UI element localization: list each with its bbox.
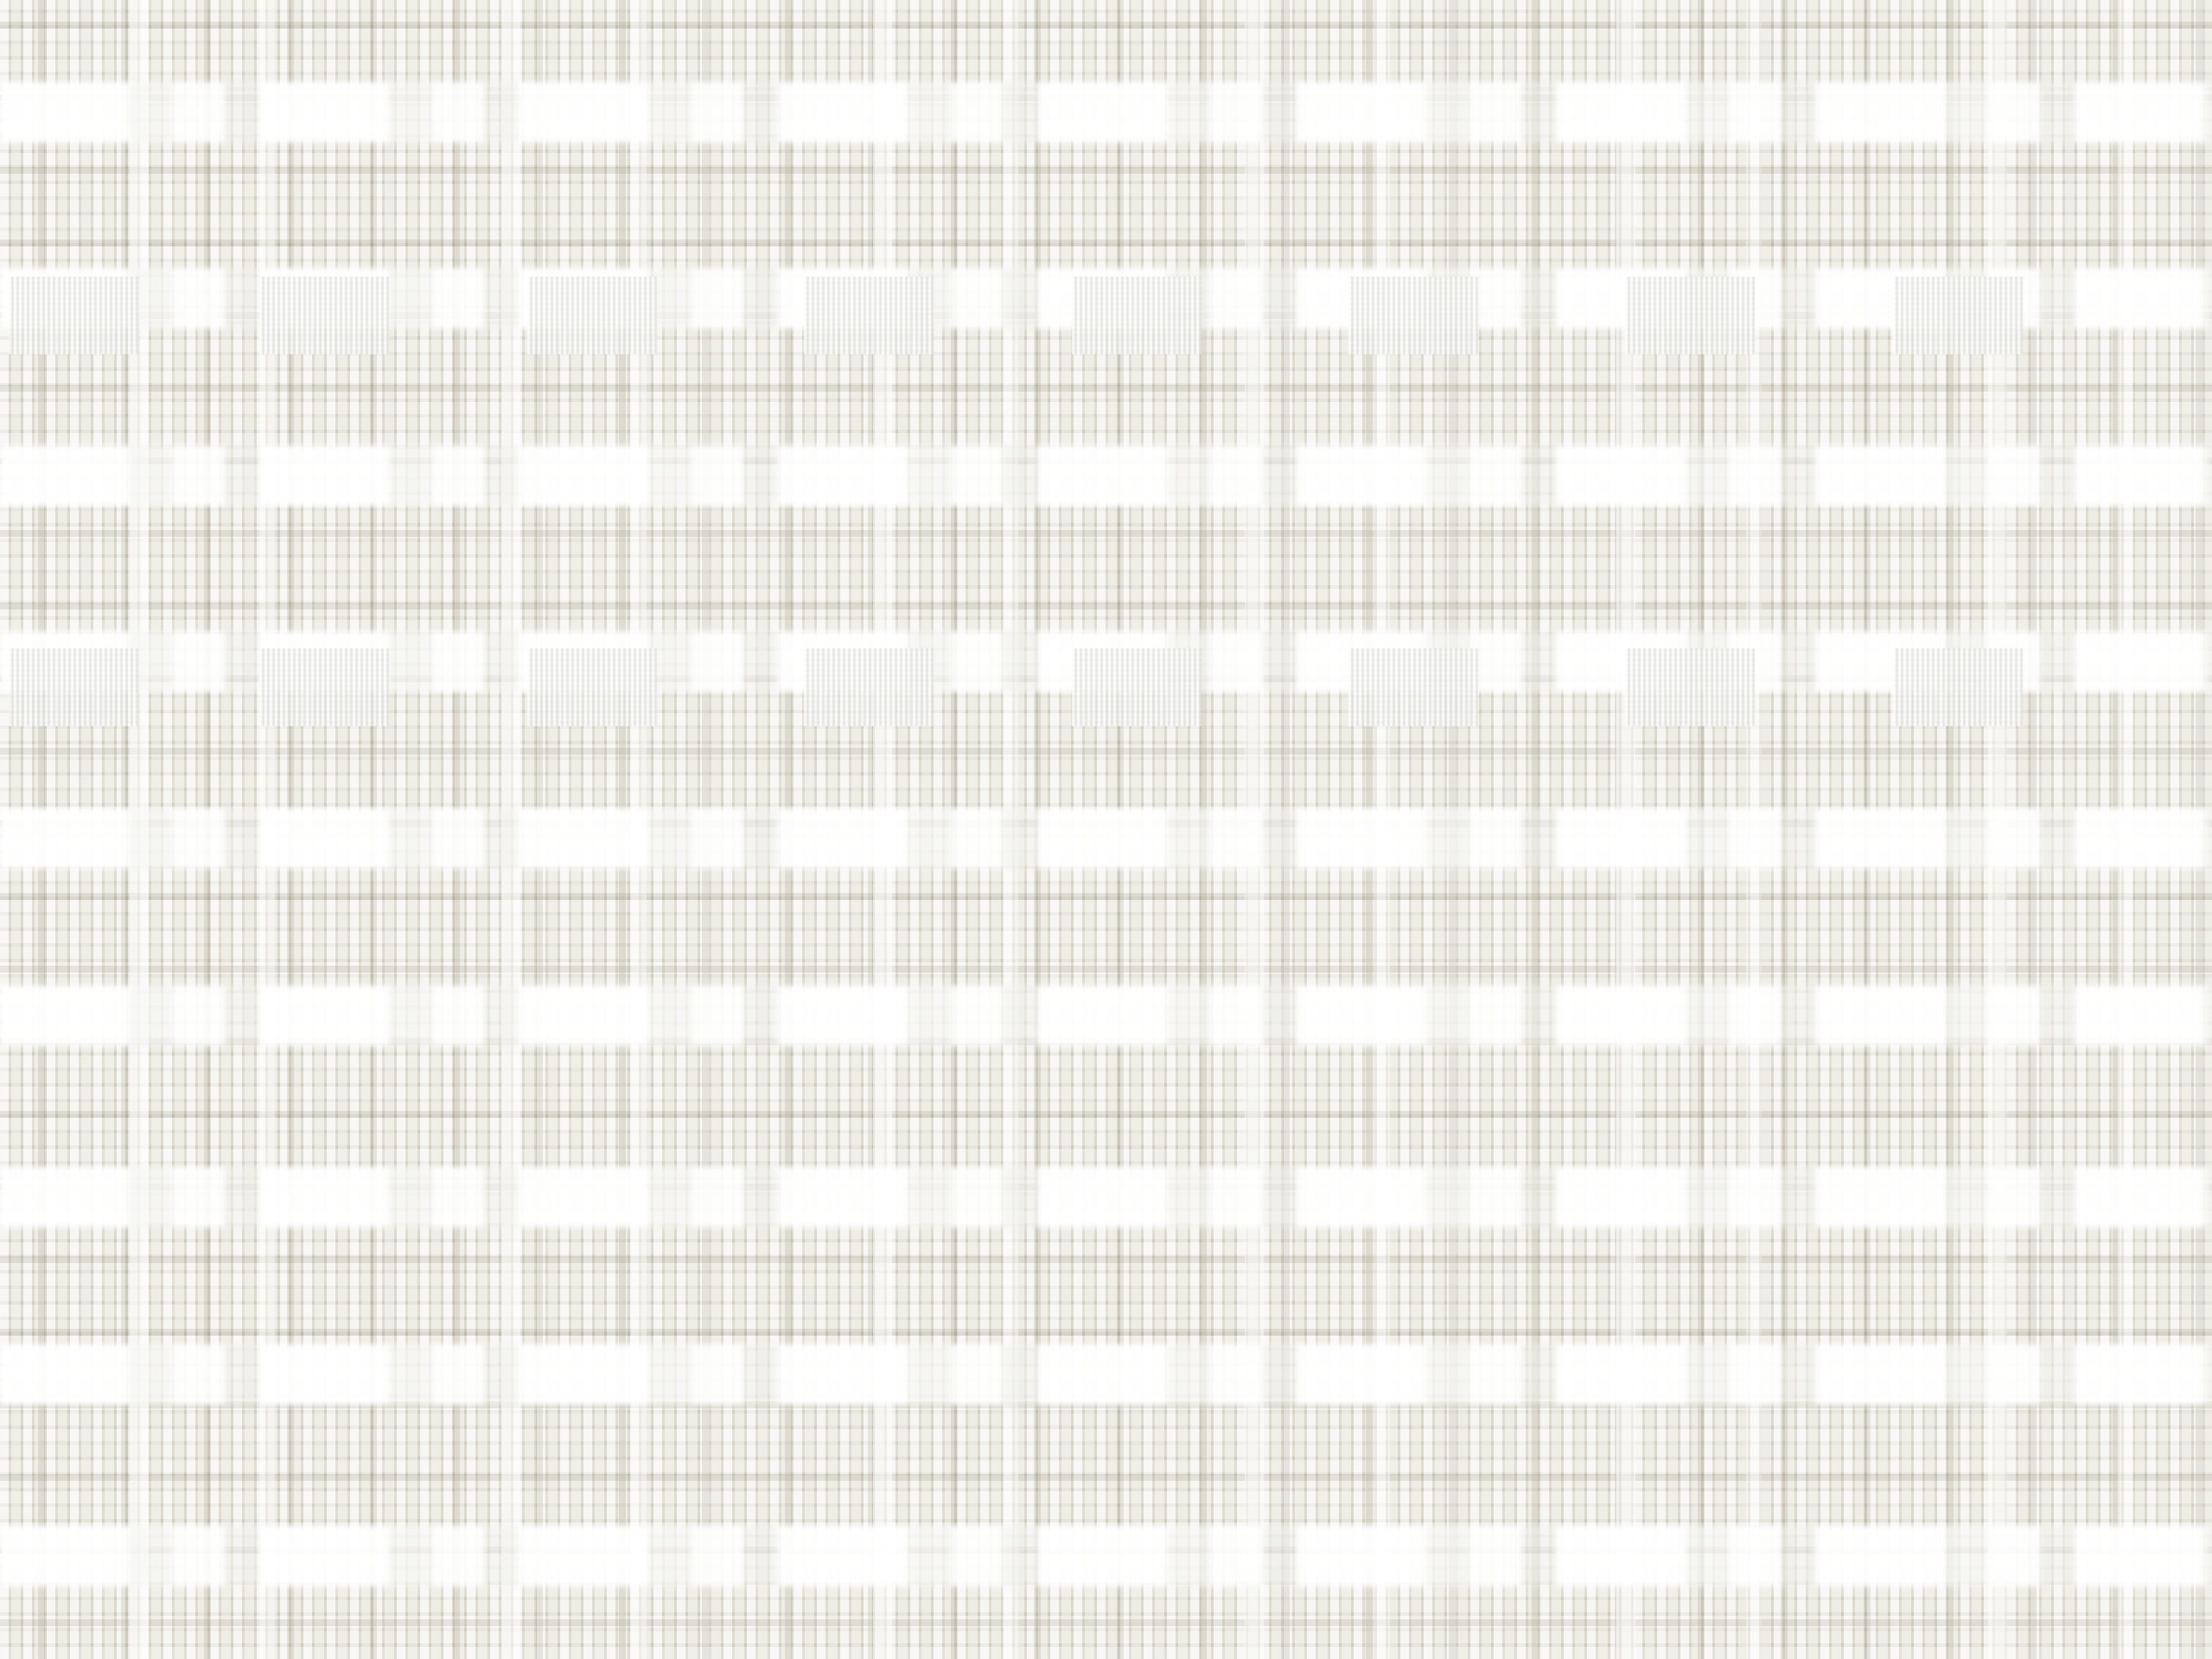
chenille-band [0, 445, 2212, 506]
woven-fabric-texture [0, 0, 2212, 1659]
chenille-band [0, 1344, 2212, 1405]
gauze-patch [804, 648, 934, 726]
gauze-patch [1893, 277, 2023, 354]
gauze-patch [1625, 648, 1755, 726]
gauze-patch [1348, 648, 1478, 726]
chenille-band [0, 808, 2212, 869]
chenille-band [0, 1167, 2212, 1228]
gauze-patch [259, 277, 389, 354]
chenille-band [0, 82, 2212, 143]
gauze-patch [1072, 648, 1202, 726]
chenille-band [0, 986, 2212, 1046]
gauze-patch [1348, 277, 1478, 354]
chenille-band [0, 1526, 2212, 1586]
gauze-patch [527, 648, 657, 726]
gauze-patch [9, 648, 138, 726]
gauze-patch [1072, 277, 1202, 354]
gauze-patch [9, 277, 138, 354]
gauze-patch [804, 277, 934, 354]
gauze-patch [259, 648, 389, 726]
gauze-patch [1625, 277, 1755, 354]
gauze-patch [527, 277, 657, 354]
gauze-patch [1893, 648, 2023, 726]
